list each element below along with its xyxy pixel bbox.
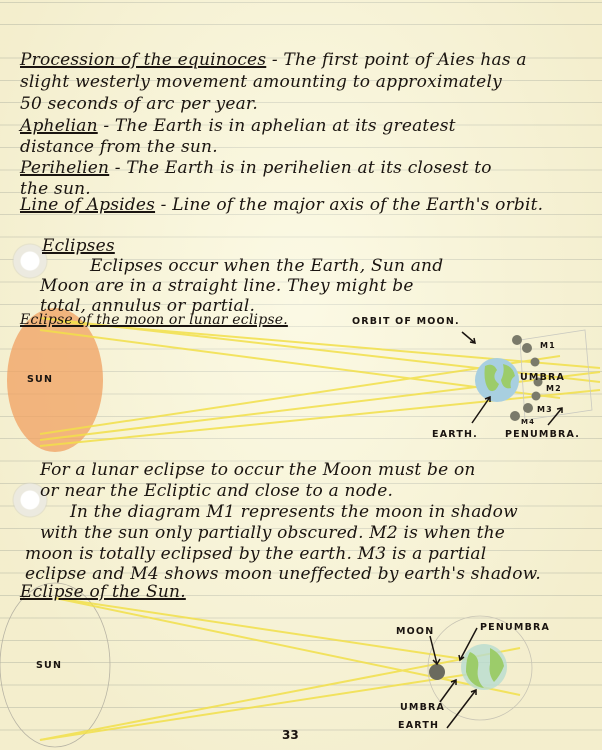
lunar-eclipse-heading: Eclipse of the moon or lunar eclipse. bbox=[20, 310, 288, 330]
definition-text: slight westerly movement amounting to ap… bbox=[20, 72, 502, 92]
label-m1: M1 bbox=[540, 341, 556, 350]
definition-aphelian: Aphelian - The Earth is in aphelian at i… bbox=[20, 116, 456, 136]
lunar-explanation: In the diagram M1 represents the moon in… bbox=[40, 502, 518, 522]
label-m3: M3 bbox=[537, 405, 553, 414]
lunar-explanation: For a lunar eclipse to occur the Moon mu… bbox=[40, 460, 476, 480]
lunar-explanation: moon is totally eclipsed by the earth. M… bbox=[25, 544, 486, 564]
earth-icon bbox=[475, 358, 519, 402]
definition-line-of-apsides: Line of Apsides - Line of the major axis… bbox=[20, 195, 543, 215]
term-precession: Procession of the equinoces bbox=[20, 50, 266, 70]
definition-text: 50 seconds of arc per year. bbox=[20, 94, 258, 114]
solar-rays-icon bbox=[40, 598, 520, 740]
solar-eclipse-heading: Eclipse of the Sun. bbox=[20, 582, 186, 602]
lunar-explanation: or near the Ecliptic and close to a node… bbox=[40, 481, 393, 501]
eclipses-heading: Eclipses bbox=[42, 236, 115, 256]
definition-precession: Procession of the equinoces - The first … bbox=[20, 50, 527, 70]
lunar-explanation: eclipse and M4 shows moon uneffected by … bbox=[25, 564, 541, 584]
term-perihelien: Perihelien bbox=[20, 158, 109, 178]
label-orbit-of-moon: ORBIT OF MOON. bbox=[352, 316, 460, 327]
lunar-explanation: with the sun only partially obscured. M2… bbox=[40, 523, 505, 543]
definition-perihelien: Perihelien - The Earth is in perihelien … bbox=[20, 158, 492, 178]
label-solar-umbra: UMBRA bbox=[400, 702, 445, 713]
notebook-page: Procession of the equinoces - The first … bbox=[0, 0, 602, 750]
label-sun: SUN bbox=[27, 374, 53, 385]
label-m2: M2 bbox=[546, 384, 562, 393]
term-line-of-apsides: Line of Apsides bbox=[20, 195, 155, 215]
page-number: 33 bbox=[282, 728, 299, 742]
label-solar-sun: SUN bbox=[36, 660, 62, 671]
label-solar-moon: MOON bbox=[396, 626, 434, 637]
eclipses-intro: Moon are in a straight line. They might … bbox=[40, 276, 414, 296]
solar-moon-icon bbox=[429, 664, 445, 680]
label-solar-penumbra: PENUMBRA bbox=[480, 622, 550, 633]
term-aphelian: Aphelian bbox=[20, 116, 98, 136]
solar-eclipse-diagram bbox=[0, 583, 532, 747]
solar-earth-icon bbox=[461, 644, 507, 690]
definition-text: distance from the sun. bbox=[20, 137, 218, 157]
label-penumbra: PENUMBRA. bbox=[505, 429, 580, 440]
label-earth: EARTH. bbox=[432, 429, 478, 440]
eclipses-intro: Eclipses occur when the Earth, Sun and bbox=[40, 256, 443, 276]
label-umbra: UMBRA bbox=[520, 372, 565, 383]
label-m4: M4 bbox=[521, 418, 535, 426]
label-solar-earth: EARTH bbox=[398, 720, 439, 731]
